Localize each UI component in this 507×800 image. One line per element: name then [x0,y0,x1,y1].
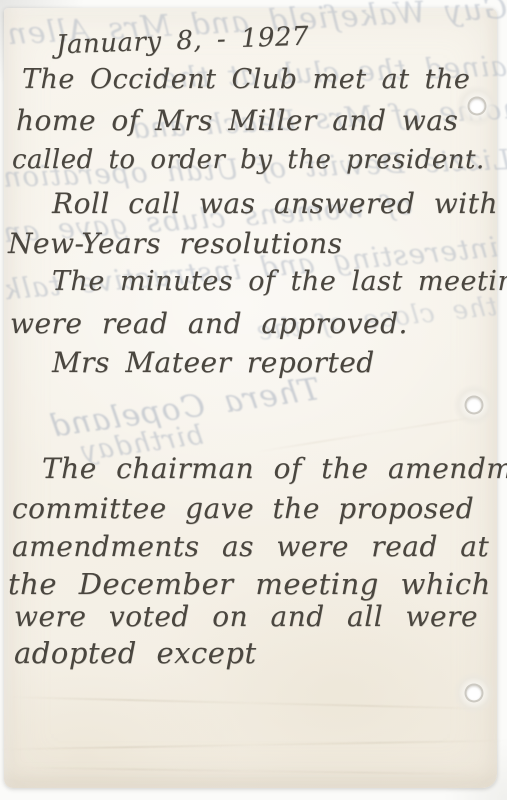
handwritten-line: the December meeting which [8,567,491,601]
handwritten-line: The Occident Club met at the [22,64,470,95]
handwritten-line: The chairman of the amendment [42,452,507,485]
punch-hole-center [467,398,482,413]
handwritten-line: committee gave the proposed [12,492,474,525]
handwritten-line: adopted except [14,636,257,670]
punch-hole [453,384,495,426]
handwritten-line: were read and approved. [10,307,408,340]
punch-hole [453,672,495,714]
handwritten-line: The minutes of the last meeting [52,266,507,297]
handwritten-line: were voted on and all were [14,600,478,633]
punch-hole-center [470,99,485,114]
handwritten-line: New-Years resolutions [8,227,343,260]
handwritten-line: amendments as were read at [12,530,489,563]
punch-hole-center [467,686,482,701]
handwritten-line: Roll call was answered with [52,187,498,220]
scanned-document-page: Mrs Guy Wakefield and Mrs Allen entertai… [0,0,507,800]
punch-hole [456,85,498,127]
handwritten-line: Mrs Mateer reported [52,346,375,379]
handwritten-line: home of Mrs Miller and was [16,104,458,137]
handwritten-line: called to order by the president. [12,145,485,175]
